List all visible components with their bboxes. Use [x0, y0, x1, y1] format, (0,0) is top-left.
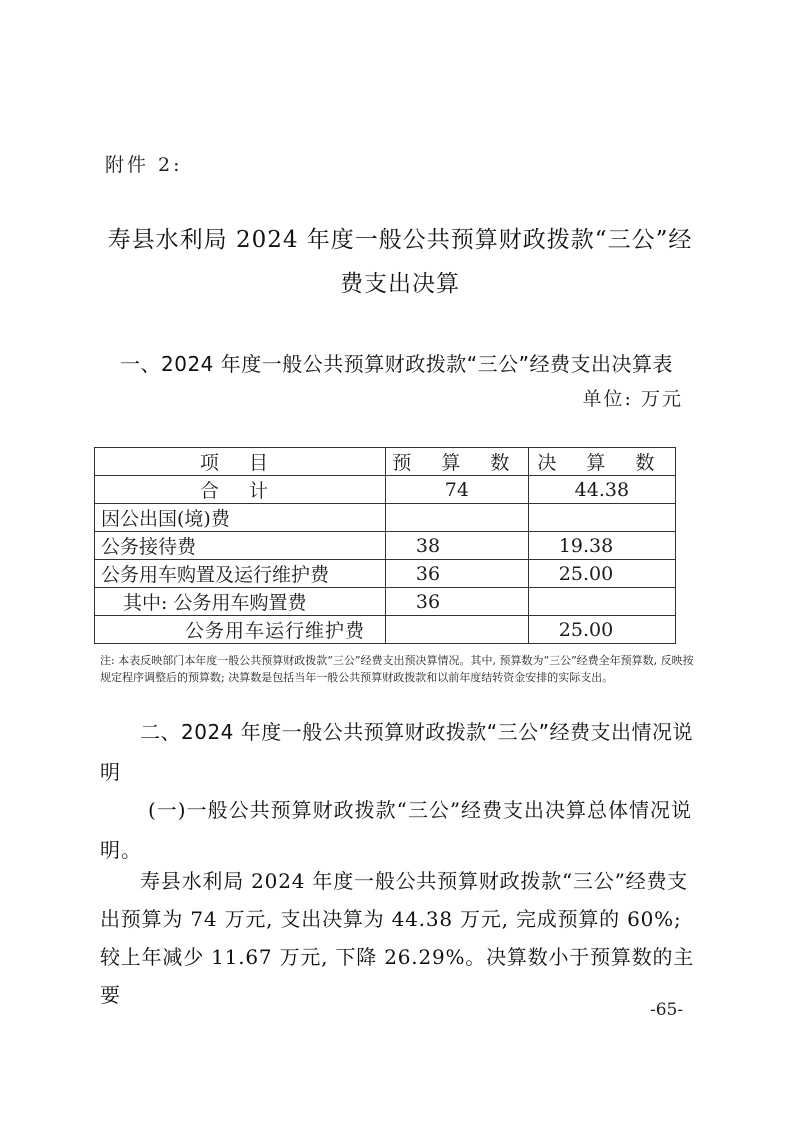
- cell-actual: 19.38: [528, 532, 675, 560]
- cell-budget: 74: [385, 476, 528, 504]
- cell-item: 合 计: [95, 476, 386, 504]
- cell-item: 公务用车购置及运行维护费: [95, 560, 386, 588]
- table-row: 公务接待费 38 19.38: [95, 532, 676, 560]
- cell-item: 其中: 公务用车购置费: [95, 588, 386, 616]
- attachment-label: 附件 2:: [105, 150, 183, 177]
- section1-heading: 一、2024 年度一般公共预算财政拨款“三公”经费支出决算表: [120, 348, 673, 377]
- table-row: 公务用车购置及运行维护费 36 25.00: [95, 560, 676, 588]
- cell-budget: [385, 504, 528, 532]
- cell-item: 因公出国(境)费: [95, 504, 386, 532]
- cell-actual: 25.00: [528, 560, 675, 588]
- header-actual: 决 算 数: [528, 448, 675, 476]
- header-budget: 预 算 数: [385, 448, 528, 476]
- cell-actual: [528, 588, 675, 616]
- cell-item: 公务接待费: [95, 532, 386, 560]
- document-title-line2: 费支出决算: [95, 262, 705, 306]
- cell-budget: [385, 616, 528, 644]
- document-title-line1: 寿县水利局 2024 年度一般公共预算财政拨款“三公”经: [95, 218, 705, 262]
- table-row-total: 合 计 74 44.38: [95, 476, 676, 504]
- table-header-row: 项 目 预 算 数 决 算 数: [95, 448, 676, 476]
- table-row: 其中: 公务用车购置费 36: [95, 588, 676, 616]
- table-row: 公务用车运行维护费 25.00: [95, 616, 676, 644]
- table-row: 因公出国(境)费: [95, 504, 676, 532]
- three-public-expenses-table: 项 目 预 算 数 决 算 数 合 计 74 44.38 因公出国(境)费 公务…: [94, 447, 676, 644]
- unit-label: 单位: 万元: [583, 384, 683, 411]
- cell-budget: 38: [385, 532, 528, 560]
- page-number: -65-: [650, 1000, 683, 1020]
- header-item: 项 目: [95, 448, 386, 476]
- cell-actual: 44.38: [528, 476, 675, 504]
- cell-budget: 36: [385, 560, 528, 588]
- cell-budget: 36: [385, 588, 528, 616]
- subsection1-heading: (一)一般公共预算财政拨款“三公”经费支出决算总体情况说明。: [100, 790, 700, 870]
- table-note: 注: 本表反映部门本年度一般公共预算财政拨款“三公”经费支出预决算情况。其中, …: [100, 652, 700, 686]
- section2-heading: 二、2024 年度一般公共预算财政拨款“三公”经费支出情况说明: [100, 712, 700, 792]
- cell-actual: 25.00: [528, 616, 675, 644]
- cell-item: 公务用车运行维护费: [95, 616, 386, 644]
- body-paragraph: 寿县水利局 2024 年度一般公共预算财政拨款“三公”经费支出预算为 74 万元…: [100, 862, 700, 1014]
- cell-actual: [528, 504, 675, 532]
